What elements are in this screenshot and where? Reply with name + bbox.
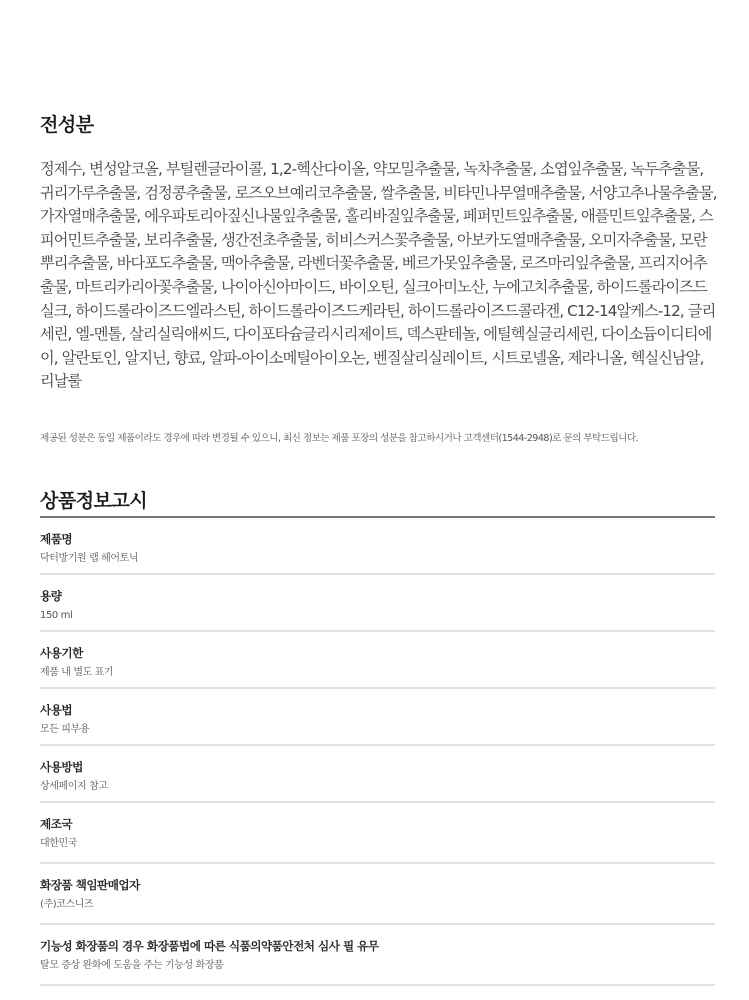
info-label: 제품명 bbox=[40, 530, 715, 548]
product-detail-page: 전성분 정제수, 변성알코올, 부틸렌글라이콜, 1,2-헥산다이올, 약모밀추… bbox=[0, 0, 749, 1000]
info-value: 상세페이지 참고 bbox=[40, 780, 715, 794]
info-row-seller: 화장품 책임판매업자 (주)코스니즈 bbox=[40, 864, 715, 925]
info-row-functional-review: 기능성 화장품의 경우 화장품법에 따른 식품의약품안전처 심사 필 유무 탈모… bbox=[40, 925, 715, 986]
ingredients-title: 전성분 bbox=[40, 110, 94, 137]
info-row-how-to-use: 사용방법 상세페이지 참고 bbox=[40, 746, 715, 803]
info-value: 닥터방기원 랩 헤어토닉 bbox=[40, 552, 715, 566]
ingredients-notice: 제공된 성분은 동일 제품이라도 경우에 따라 변경될 수 있으니, 최신 정보… bbox=[40, 430, 740, 444]
ingredients-list: 정제수, 변성알코올, 부틸렌글라이콜, 1,2-헥산다이올, 약모밀추출물, … bbox=[40, 158, 720, 394]
info-row-volume: 용량 150 ml bbox=[40, 575, 715, 632]
info-label: 사용법 bbox=[40, 701, 715, 719]
info-value: (주)코스니즈 bbox=[40, 898, 715, 912]
info-label: 기능성 화장품의 경우 화장품법에 따른 식품의약품안전처 심사 필 유무 bbox=[40, 937, 715, 955]
info-label: 화장품 책임판매업자 bbox=[40, 876, 715, 894]
product-info-table: 제품명 닥터방기원 랩 헤어토닉 용량 150 ml 사용기한 제품 내 별도 … bbox=[40, 516, 715, 986]
info-value: 대한민국 bbox=[40, 837, 715, 851]
info-row-usage: 사용법 모든 피부용 bbox=[40, 689, 715, 746]
info-label: 제조국 bbox=[40, 815, 715, 833]
info-value: 탈모 증상 완화에 도움을 주는 기능성 화장품 bbox=[40, 959, 715, 973]
info-value: 모든 피부용 bbox=[40, 723, 715, 737]
info-row-expiry: 사용기한 제품 내 별도 표기 bbox=[40, 632, 715, 689]
product-info-title: 상품정보고시 bbox=[40, 486, 147, 513]
info-value: 제품 내 별도 표기 bbox=[40, 666, 715, 680]
info-label: 용량 bbox=[40, 587, 715, 605]
info-label: 사용기한 bbox=[40, 644, 715, 662]
info-row-country: 제조국 대한민국 bbox=[40, 803, 715, 864]
info-value: 150 ml bbox=[40, 609, 715, 623]
info-label: 사용방법 bbox=[40, 758, 715, 776]
info-row-product-name: 제품명 닥터방기원 랩 헤어토닉 bbox=[40, 518, 715, 575]
